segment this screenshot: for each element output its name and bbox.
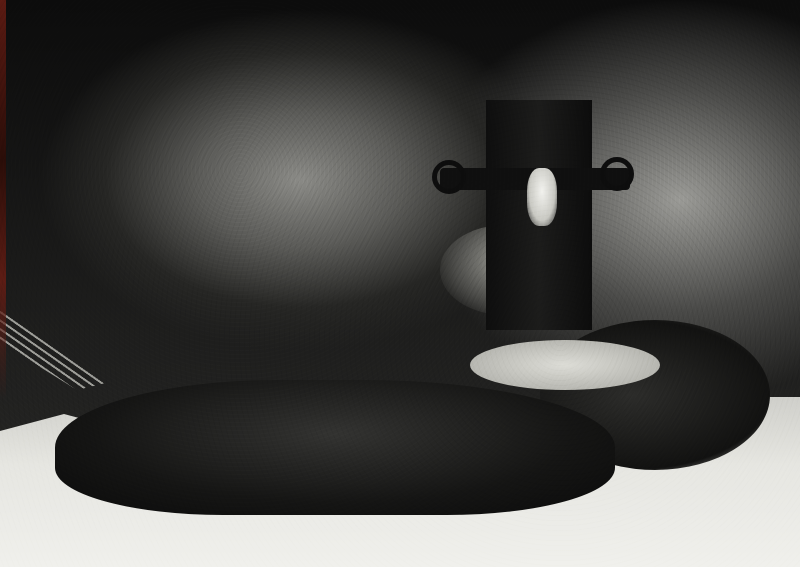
photograph xyxy=(0,0,800,567)
film-grain xyxy=(0,0,800,567)
